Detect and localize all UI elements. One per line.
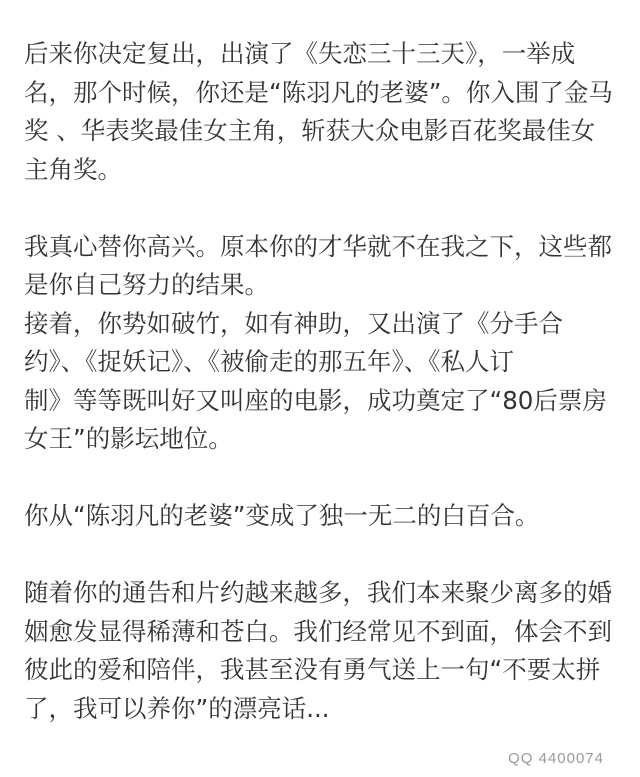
watermark: QQ 4400074 bbox=[508, 750, 604, 767]
paragraph-happy-for-you: 我真心替你高兴。原本你的才华就不在我之下，这些都 是你自己努力的结果。 接着，你… bbox=[24, 228, 624, 459]
paragraph-gap bbox=[24, 459, 624, 498]
paragraph-marriage: 随着你的通告和片约越来越多，我们本来聚少离多的婚 姻愈发显得稀薄和苍白。我们经常… bbox=[24, 574, 624, 728]
paragraph-gap bbox=[24, 189, 624, 228]
paragraph-gap bbox=[24, 536, 624, 575]
article-body: 后来你决定复出，出演了《失恋三十三天》，一举成 名，那个时候，你还是“陈羽凡的老… bbox=[24, 35, 624, 728]
paragraph-comeback: 后来你决定复出，出演了《失恋三十三天》，一举成 名，那个时候，你还是“陈羽凡的老… bbox=[24, 35, 624, 189]
paragraph-transformation: 你从“陈羽凡的老婆”变成了独一无二的白百合。 bbox=[24, 497, 624, 536]
